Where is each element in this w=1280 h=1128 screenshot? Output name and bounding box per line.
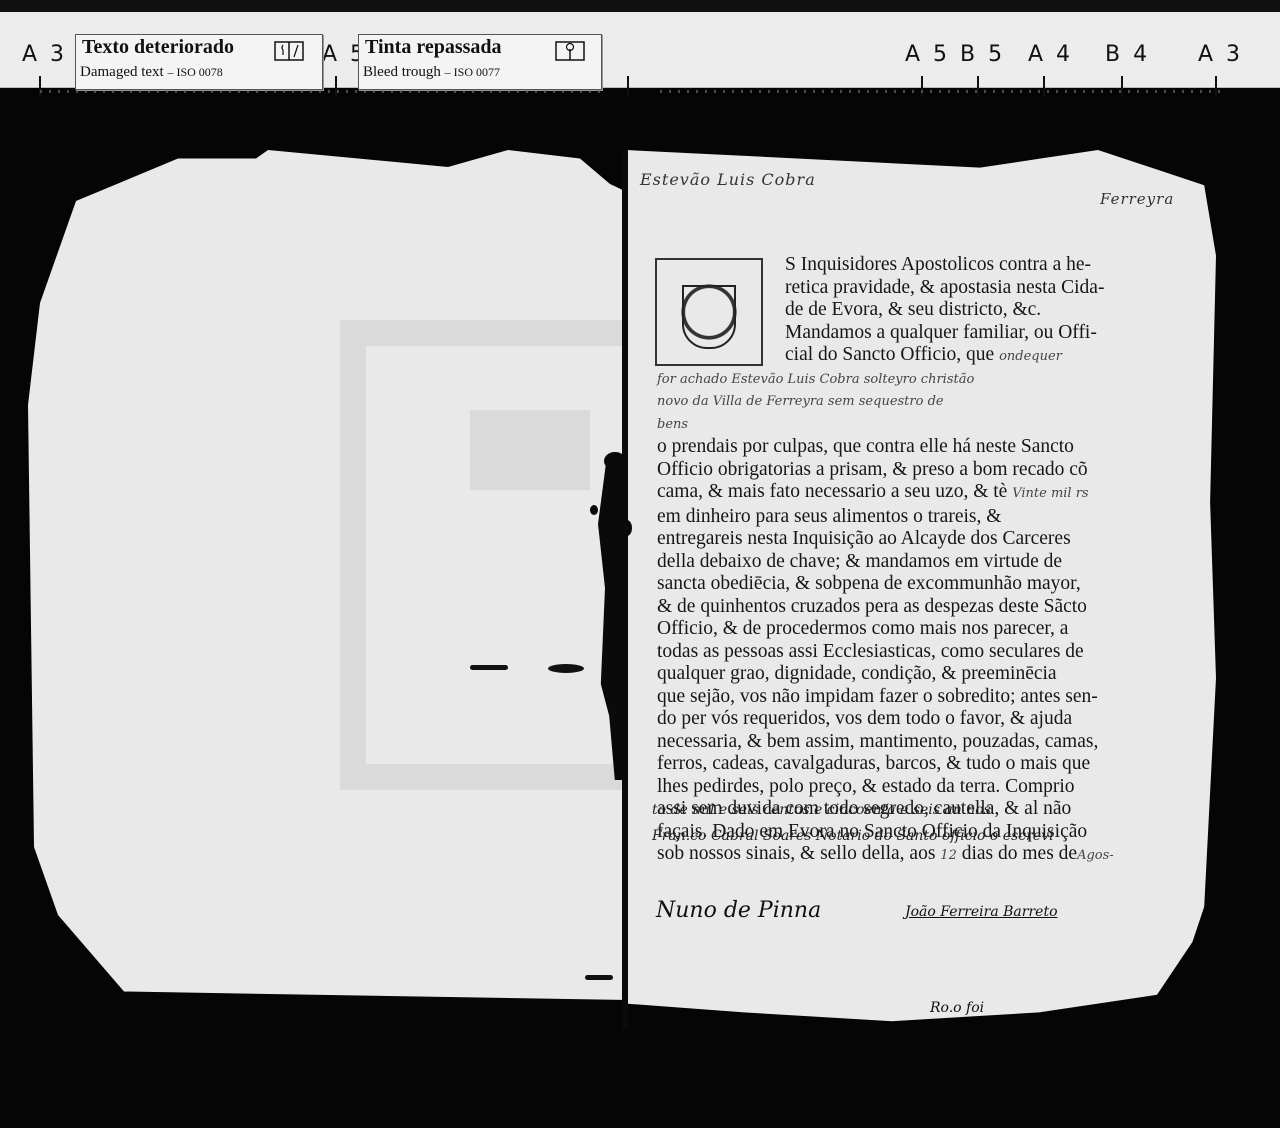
ink-blot [622,520,632,536]
printed-line: S Inquisidores Apostolicos contra a he- [657,254,1077,277]
signature-nuno-de-pinna: Nuno de Pinna [656,898,821,923]
scale-label: B 4 [1105,42,1150,67]
ink-blot [604,452,626,470]
closing-handwritten-line: to de mil e seis centos e cincoenta e se… [652,802,991,818]
ink-blot [590,505,598,515]
body-line: della debaixo de chave; & mandamos em vi… [657,551,1077,574]
damaged-text-target: Texto deteriorado Damaged text – ISO 007… [75,34,323,90]
body-line: ferros, cadeas, cavalgaduras, barcos, & … [657,753,1077,776]
printed-line: Mandamos a qualquer familiar, ou Offi- [657,322,1077,345]
bleed-through-book-icon [555,41,585,61]
handwritten-line: novo da Villa de Ferreyra sem sequestro … [657,391,1077,414]
body-line: todas as pessoas assi Ecclesiasticas, co… [657,641,1077,664]
body-line: sancta obediēcia, & sobpena de excommunh… [657,573,1077,596]
body-line: em dinheiro para seus alimentos o trarei… [657,506,1077,529]
closing-handwritten-line: Fran.co Cabral Soares Notario do Santo o… [652,828,1053,844]
scale-tick [335,76,337,96]
ink-mark [470,665,508,670]
scale-tick [39,76,41,96]
warrant-text: S Inquisidores Apostolicos contra a he- … [657,254,1077,868]
bottom-note: Ro.o foi [930,1000,984,1016]
body-line: sob nossos sinais, & sello della, aos 12… [657,843,1077,868]
margin-note-top-right: Ferreyra [1100,190,1174,208]
body-line: qualquer grao, dignidade, condição, & pr… [657,663,1077,686]
target-title: Tinta repassada [365,36,502,59]
film-edge-top [0,0,1280,12]
margin-note-top-left: Estevão Luis Cobra [640,170,816,189]
body-line: necessaria, & bem assim, mantimento, pou… [657,731,1077,754]
strip-smudge [40,90,600,93]
watermark-letter [470,410,590,490]
handwritten-line: bens [657,414,1077,437]
body-line: lhes pedirdes, polo preço, & estado da t… [657,776,1077,799]
ink-mark [548,664,584,673]
scale-tick [977,76,979,96]
signature-joao-ferreira: João Ferreira Barreto [905,904,1058,920]
body-line: que sejão, vos não impidam fazer o sobre… [657,686,1077,709]
strip-smudge [660,90,1220,93]
printed-line: retica pravidade, & apostasia nesta Cida… [657,277,1077,300]
body-line: & de quinhentos cruzados pera as despeza… [657,596,1077,619]
body-line: entregareis nesta Inquisição ao Alcayde … [657,528,1077,551]
body-line: cama, & mais fato necessario a seu uzo, … [657,481,1077,506]
calibration-strip: A 3 A 5 A 5 B 5 A 4 B 4 A 3 Texto deteri… [0,12,1280,88]
scale-tick [627,76,629,96]
watermark-frame [340,320,640,790]
scale-label: A 5 [905,42,950,67]
scale-tick [1121,76,1123,96]
target-title: Texto deteriorado [82,36,234,59]
handwritten-line: for achado Estevão Luis Cobra solteyro c… [657,369,1077,392]
ink-mark [585,975,613,980]
scale-tick [1215,76,1217,96]
damaged-book-icon [274,41,304,61]
bleed-through-target: Tinta repassada Bleed trough – ISO 0077 [358,34,602,90]
scale-tick [921,76,923,96]
scale-tick [1043,76,1045,96]
body-line: Officio obrigatorias a prisam, & preso a… [657,459,1077,482]
scale-label: B 5 [960,42,1005,67]
target-subtitle: Bleed trough – ISO 0077 [363,64,500,81]
printed-line: de de Evora, & seu districto, &c. [657,299,1077,322]
body-line: do per vós requeridos, vos dem todo o fa… [657,708,1077,731]
body-line: Officio, & de procedermos como mais nos … [657,618,1077,641]
printed-line: cial do Sancto Officio, que ondequer [657,344,1077,369]
scale-label: A 3 [22,42,67,67]
scale-label: A 4 [1028,42,1073,67]
scale-label: A 3 [1198,42,1243,67]
target-subtitle: Damaged text – ISO 0078 [80,64,223,81]
body-line: o prendais por culpas, que contra elle h… [657,436,1077,459]
